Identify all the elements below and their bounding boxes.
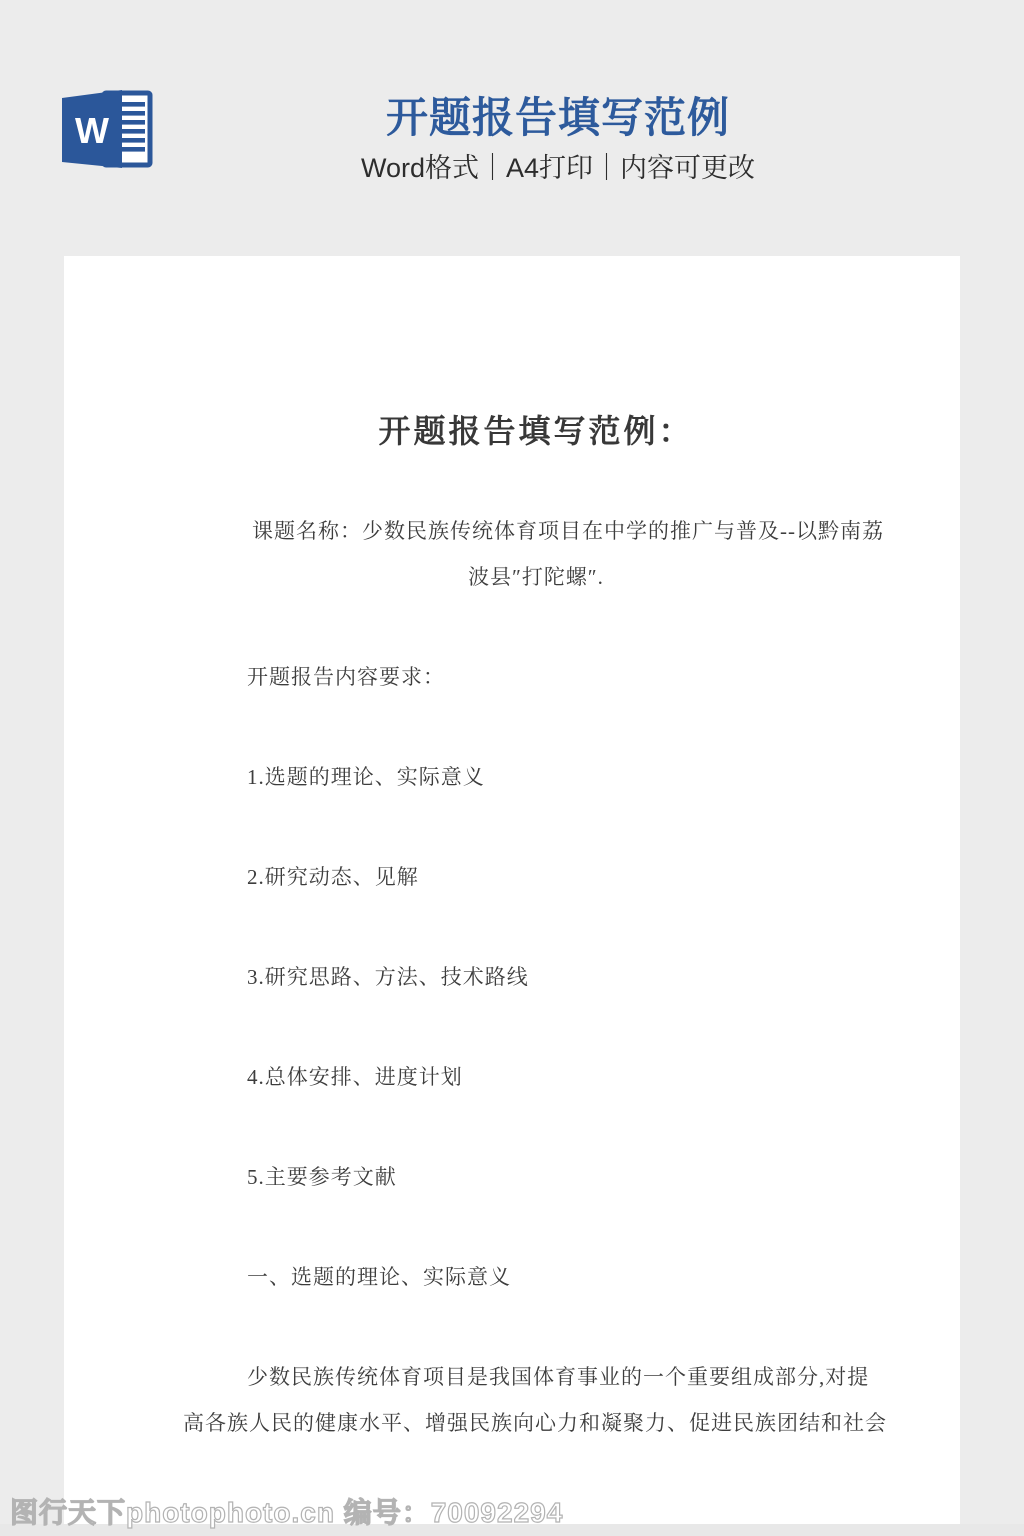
doc-paragraph: 开题报告内容要求： [183, 654, 889, 700]
header-title: 开题报告填写范例 [96, 92, 1020, 144]
page-header: 开题报告填写范例 Word格式｜A4打印｜内容可更改 [96, 92, 1020, 185]
doc-paragraph: 1.选题的理论、实际意义 [183, 754, 889, 800]
doc-paragraph: 课题名称：少数民族传统体育项目在中学的推广与普及--以黔南荔波县″打陀螺″. [183, 508, 889, 600]
doc-paragraph: 3.研究思路、方法、技术路线 [183, 954, 889, 1000]
document-title: 开题报告填写范例： [183, 408, 889, 454]
doc-paragraph: 5.主要参考文献 [183, 1154, 889, 1200]
header-subtitle: Word格式｜A4打印｜内容可更改 [96, 151, 1020, 185]
doc-paragraph: 4.总体安排、进度计划 [183, 1054, 889, 1100]
watermark-text: 图行天下photophoto.cn 编号：70092294 [10, 1491, 563, 1531]
document-page: 开题报告填写范例： 课题名称：少数民族传统体育项目在中学的推广与普及--以黔南荔… [64, 256, 960, 1524]
document-body: 开题报告填写范例： 课题名称：少数民族传统体育项目在中学的推广与普及--以黔南荔… [183, 408, 889, 1446]
page-background: W 开题报告填写范例 Word格式｜A4打印｜内容可更改 开题报告填写范例： 课… [0, 0, 1024, 1536]
doc-paragraph: 2.研究动态、见解 [183, 854, 889, 900]
doc-paragraph: 少数民族传统体育项目是我国体育事业的一个重要组成部分,对提高各族人民的健康水平、… [183, 1354, 889, 1446]
doc-paragraph: 一、选题的理论、实际意义 [183, 1254, 889, 1300]
